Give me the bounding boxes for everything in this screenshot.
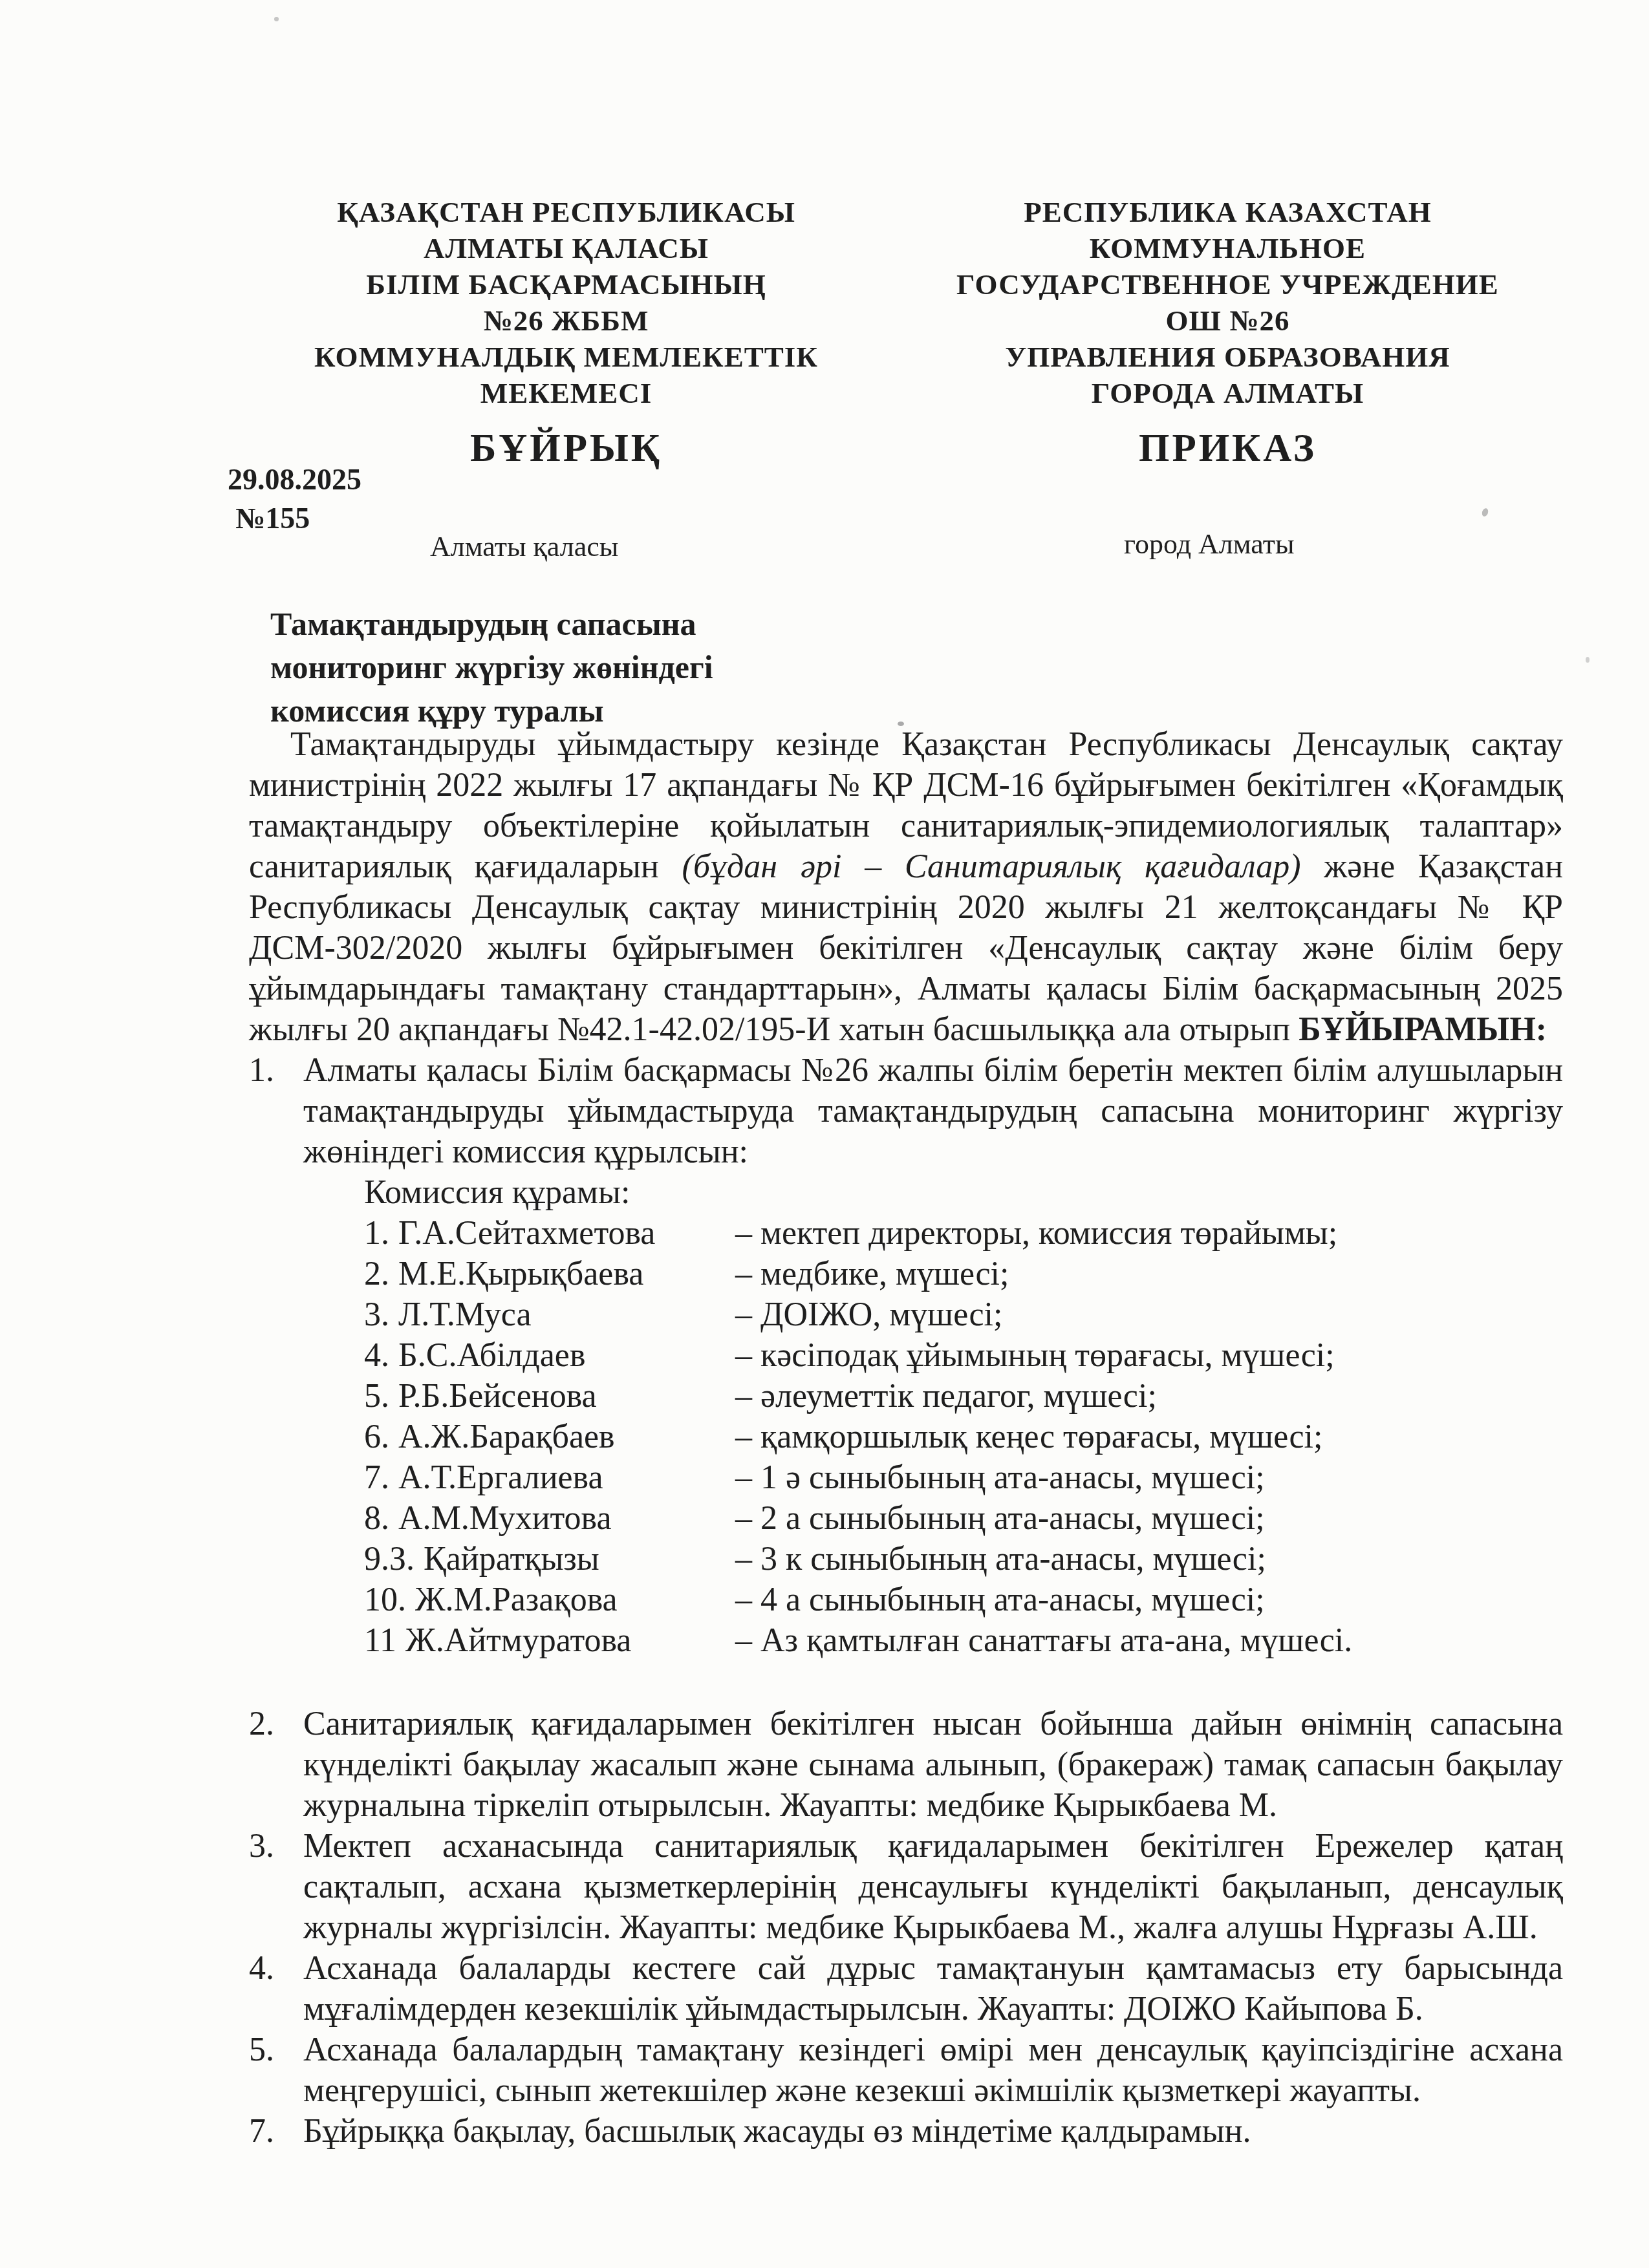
- item-text: Санитариялық қағидаларымен бекітілген ны…: [303, 1704, 1563, 1826]
- order-number: №155: [228, 499, 361, 538]
- commission-row: 6.А.Ж.Барақбаев – қамқоршылық кеңес төра…: [364, 1417, 1563, 1457]
- commission-member-number: 6.: [364, 1417, 389, 1457]
- commission-member-name: А.Ж.Барақбаев: [398, 1417, 615, 1457]
- letterhead-line: ОШ №26: [932, 303, 1524, 339]
- commission-member-name: Ж.М.Разақова: [415, 1579, 618, 1620]
- item-text: Асханада балалардың тамақтану кезіндегі …: [303, 2029, 1563, 2111]
- intro-paragraph: Тамақтандыруды ұйымдастыру кезінде Қазақ…: [249, 724, 1563, 1050]
- scan-speck: [1586, 657, 1590, 663]
- order-meta: 29.08.2025 №155: [228, 460, 361, 538]
- letterhead-line: БІЛІМ БАСҚАРМАСЫНЫҢ: [257, 266, 875, 303]
- scanned-order-page: ҚАЗАҚСТАН РЕСПУБЛИКАСЫ АЛМАТЫ ҚАЛАСЫ БІЛ…: [0, 0, 1649, 2268]
- item-number: 2.: [249, 1704, 303, 1826]
- commission-member-role: – 1 ә сыныбының ата-анасы, мүшесі;: [735, 1457, 1563, 1498]
- commission-member-role: – медбике, мүшесі;: [735, 1254, 1563, 1294]
- commission-member-name: Ж.Айтмуратова: [405, 1620, 631, 1661]
- letterhead-line: АЛМАТЫ ҚАЛАСЫ: [257, 230, 875, 266]
- item-number: 5.: [249, 2029, 303, 2111]
- commission-member-role: – 3 к сыныбының ата-анасы, мүшесі;: [735, 1539, 1563, 1579]
- commission-member-number: 4.: [364, 1335, 389, 1376]
- commission-member-number: 5.: [364, 1376, 389, 1417]
- commission-member-name: Б.С.Абілдаев: [398, 1335, 585, 1376]
- commission-row: 2.М.Е.Қырықбаева – медбике, мүшесі;: [364, 1254, 1563, 1294]
- letterhead-line: ҚАЗАҚСТАН РЕСПУБЛИКАСЫ: [257, 194, 875, 230]
- commission-member-role: – әлеуметтік педагог, мүшесі;: [735, 1376, 1563, 1417]
- letterhead-kazakh: ҚАЗАҚСТАН РЕСПУБЛИКАСЫ АЛМАТЫ ҚАЛАСЫ БІЛ…: [257, 194, 875, 469]
- order-item-2: 2. Санитариялық қағидаларымен бекітілген…: [249, 1704, 1563, 1826]
- place-kazakh: Алматы қаласы: [430, 530, 618, 563]
- order-title-russian: ПРИКАЗ: [932, 428, 1524, 469]
- scan-speck: [1481, 508, 1489, 517]
- item-text: Алматы қаласы Білім басқармасы №26 жалпы…: [303, 1050, 1563, 1172]
- subject-line: мониторинг жүргізу жөніндегі: [270, 646, 713, 689]
- commission-member-role: – 4 а сыныбының ата-анасы, мүшесі;: [735, 1579, 1563, 1620]
- letterhead-line: УПРАВЛЕНИЯ ОБРАЗОВАНИЯ: [932, 339, 1524, 375]
- place-russian: город Алматы: [1124, 528, 1295, 561]
- commission-row: 3.Л.Т.Муса – ДОІЖО, мүшесі;: [364, 1294, 1563, 1335]
- letterhead-line: КОММУНАЛДЫҚ МЕМЛЕКЕТТІК: [257, 339, 875, 375]
- commission-member-number: 10.: [364, 1579, 406, 1620]
- commission-member-role: – Аз қамтылған санаттағы ата-ана, мүшесі…: [735, 1620, 1563, 1661]
- letterhead-line: КОММУНАЛЬНОЕ: [932, 230, 1524, 266]
- subject-title: Тамақтандырудың сапасына мониторинг жүрг…: [270, 603, 713, 733]
- letterhead: ҚАЗАҚСТАН РЕСПУБЛИКАСЫ АЛМАТЫ ҚАЛАСЫ БІЛ…: [0, 194, 1649, 469]
- commission-row: 11Ж.Айтмуратова – Аз қамтылған санаттағы…: [364, 1620, 1563, 1661]
- letterhead-russian: РЕСПУБЛИКА КАЗАХСТАН КОММУНАЛЬНОЕ ГОСУДА…: [932, 194, 1524, 469]
- commission-member-number: 8.: [364, 1498, 389, 1539]
- commission-member-role: – мектеп директоры, комиссия төрайымы;: [735, 1213, 1563, 1254]
- commission-member-number: 7.: [364, 1457, 389, 1498]
- order-item-4: 4. Асханада балаларды кестеге сай дұрыс …: [249, 1948, 1563, 2029]
- commission-member-number: 2.: [364, 1254, 389, 1294]
- letterhead-line: МЕКЕМЕСІ: [257, 375, 875, 411]
- letterhead-line: ГОРОДА АЛМАТЫ: [932, 375, 1524, 411]
- commission-member-name: Л.Т.Муса: [398, 1294, 532, 1335]
- item-text: Асханада балаларды кестеге сай дұрыс там…: [303, 1948, 1563, 2029]
- scan-speck: [274, 17, 279, 21]
- letterhead-line: №26 ЖББМ: [257, 303, 875, 339]
- commission-member-name: М.Е.Қырықбаева: [398, 1254, 643, 1294]
- commission-member-name: Р.Б.Бейсенова: [398, 1376, 597, 1417]
- item-number: 3.: [249, 1826, 303, 1948]
- order-item-1: 1. Алматы қаласы Білім басқармасы №26 жа…: [249, 1050, 1563, 1172]
- order-date: 29.08.2025: [228, 460, 361, 499]
- commission-row: 5.Р.Б.Бейсенова – әлеуметтік педагог, мү…: [364, 1376, 1563, 1417]
- commission-member-role: – қамқоршылық кеңес төрағасы, мүшесі;: [735, 1417, 1563, 1457]
- item-number: 1.: [249, 1050, 303, 1172]
- commission-member-role: – 2 а сыныбының ата-анасы, мүшесі;: [735, 1498, 1563, 1539]
- commission-member-name: А.М.Мухитова: [398, 1498, 612, 1539]
- commission-member-number: 11: [364, 1620, 396, 1661]
- order-item-3: 3. Мектеп асханасында санитариялық қағид…: [249, 1826, 1563, 1948]
- commission-member-number: 3.: [364, 1294, 389, 1335]
- commission-row: 7.А.Т.Ергалиева – 1 ә сыныбының ата-анас…: [364, 1457, 1563, 1498]
- letterhead-line: ГОСУДАРСТВЕННОЕ УЧРЕЖДЕНИЕ: [932, 266, 1524, 303]
- commission-member-name: А.Т.Ергалиева: [398, 1457, 603, 1498]
- item-text: Бұйрыққа бақылау, басшылық жасауды өз мі…: [303, 2111, 1563, 2152]
- item-number: 7.: [249, 2111, 303, 2152]
- item-number: 4.: [249, 1948, 303, 2029]
- commission-row: 8.А.М.Мухитова – 2 а сыныбының ата-анасы…: [364, 1498, 1563, 1539]
- commission-row: 10.Ж.М.Разақова – 4 а сыныбының ата-анас…: [364, 1579, 1563, 1620]
- commission-member-number: 9.З.: [364, 1539, 415, 1579]
- commission-member-role: – кәсіподақ ұйымының төрағасы, мүшесі;: [735, 1335, 1563, 1376]
- directive-word: БҰЙЫРАМЫН:: [1299, 1011, 1547, 1048]
- commission-member-name: Г.А.Сейтахметова: [398, 1213, 655, 1254]
- commission-member-name: Қайратқызы: [424, 1539, 599, 1579]
- commission-row: 4.Б.С.Абілдаев – кәсіподақ ұйымының төра…: [364, 1335, 1563, 1376]
- order-item-5: 5. Асханада балалардың тамақтану кезінде…: [249, 2029, 1563, 2111]
- order-body: Тамақтандыруды ұйымдастыру кезінде Қазақ…: [249, 724, 1563, 2152]
- commission-member-number: 1.: [364, 1213, 389, 1254]
- commission-member-role: – ДОІЖО, мүшесі;: [735, 1294, 1563, 1335]
- commission-title: Комиссия құрамы:: [364, 1172, 1563, 1213]
- commission-row: 1.Г.А.Сейтахметова – мектеп директоры, к…: [364, 1213, 1563, 1254]
- commission-row: 9.З.Қайратқызы – 3 к сыныбының ата-анасы…: [364, 1539, 1563, 1579]
- order-item-7: 7. Бұйрыққа бақылау, басшылық жасауды өз…: [249, 2111, 1563, 2152]
- intro-italic-clause: (бұдан әрі – Санитариялық қағидалар): [682, 848, 1301, 885]
- item-text: Мектеп асханасында санитариялық қағидала…: [303, 1826, 1563, 1948]
- scan-speck: [898, 722, 904, 726]
- subject-line: Тамақтандырудың сапасына: [270, 603, 713, 646]
- letterhead-line: РЕСПУБЛИКА КАЗАХСТАН: [932, 194, 1524, 230]
